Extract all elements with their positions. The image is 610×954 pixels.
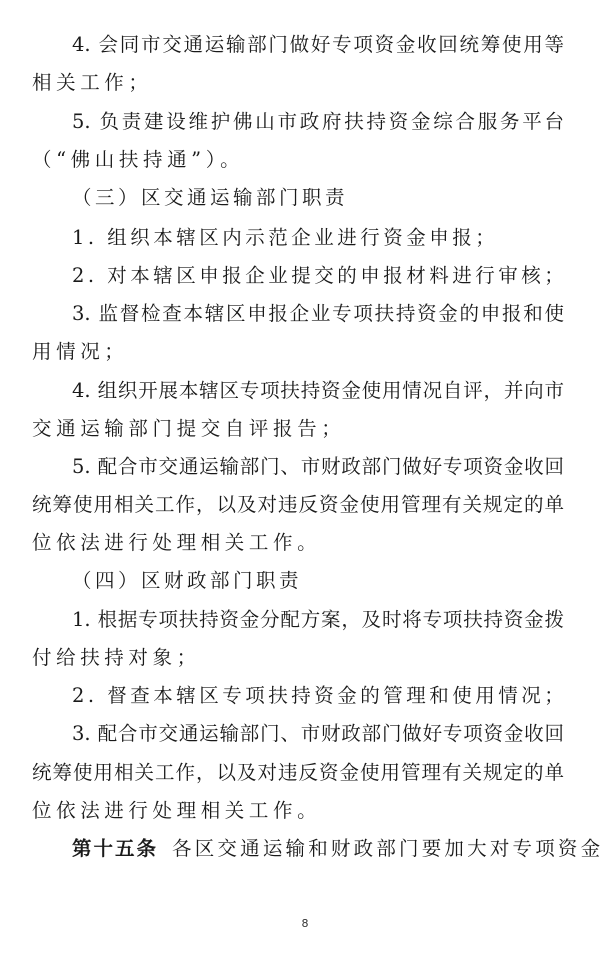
text-line: 3. 配合市交通运输部门、市财政部门做好专项资金收回 <box>72 715 564 753</box>
text-line: （“佛山扶持通”）。 <box>32 141 564 179</box>
text-line: 5. 负责建设维护佛山市政府扶持资金综合服务平台 <box>72 103 564 141</box>
text-line: 4. 组织开展本辖区专项扶持资金使用情况自评，并向市 <box>72 372 564 410</box>
text-line: 5. 配合市交通运输部门、市财政部门做好专项资金收回 <box>72 448 564 486</box>
article-label: 第十五条 <box>72 837 158 860</box>
text-line: 2. 督查本辖区专项扶持资金的管理和使用情况； <box>72 677 604 715</box>
text-line: 位依法进行处理相关工作。 <box>32 524 564 562</box>
article-text: 各区交通运输和财政部门要加大对专项资金 <box>172 837 603 860</box>
text-line: 1. 根据专项扶持资金分配方案，及时将专项扶持资金拨 <box>72 601 564 639</box>
page-number: 8 <box>0 917 610 930</box>
text-line: 用情况； <box>32 333 564 371</box>
article-line: 第十五条各区交通运输和财政部门要加大对专项资金 <box>72 830 604 868</box>
section-heading: （三）区交通运输部门职责 <box>72 179 604 217</box>
text-line: 2. 对本辖区申报企业提交的申报材料进行审核； <box>72 257 604 295</box>
text-line: 3. 监督检查本辖区申报企业专项扶持资金的申报和使 <box>72 295 564 333</box>
document-page: 4. 会同市交通运输部门做好专项资金收回统筹使用等 相关工作； 5. 负责建设维… <box>0 0 610 954</box>
section-heading: （四）区财政部门职责 <box>72 562 604 600</box>
text-line: 1. 组织本辖区内示范企业进行资金申报； <box>72 219 604 257</box>
text-line: 交通运输部门提交自评报告； <box>32 410 564 448</box>
text-line: 4. 会同市交通运输部门做好专项资金收回统筹使用等 <box>72 26 564 64</box>
text-line: 付给扶持对象； <box>32 639 564 677</box>
text-line: 统筹使用相关工作，以及对违反资金使用管理有关规定的单 <box>32 754 564 792</box>
text-line: 相关工作； <box>32 64 564 102</box>
text-line: 位依法进行处理相关工作。 <box>32 792 564 830</box>
text-line: 统筹使用相关工作，以及对违反资金使用管理有关规定的单 <box>32 486 564 524</box>
